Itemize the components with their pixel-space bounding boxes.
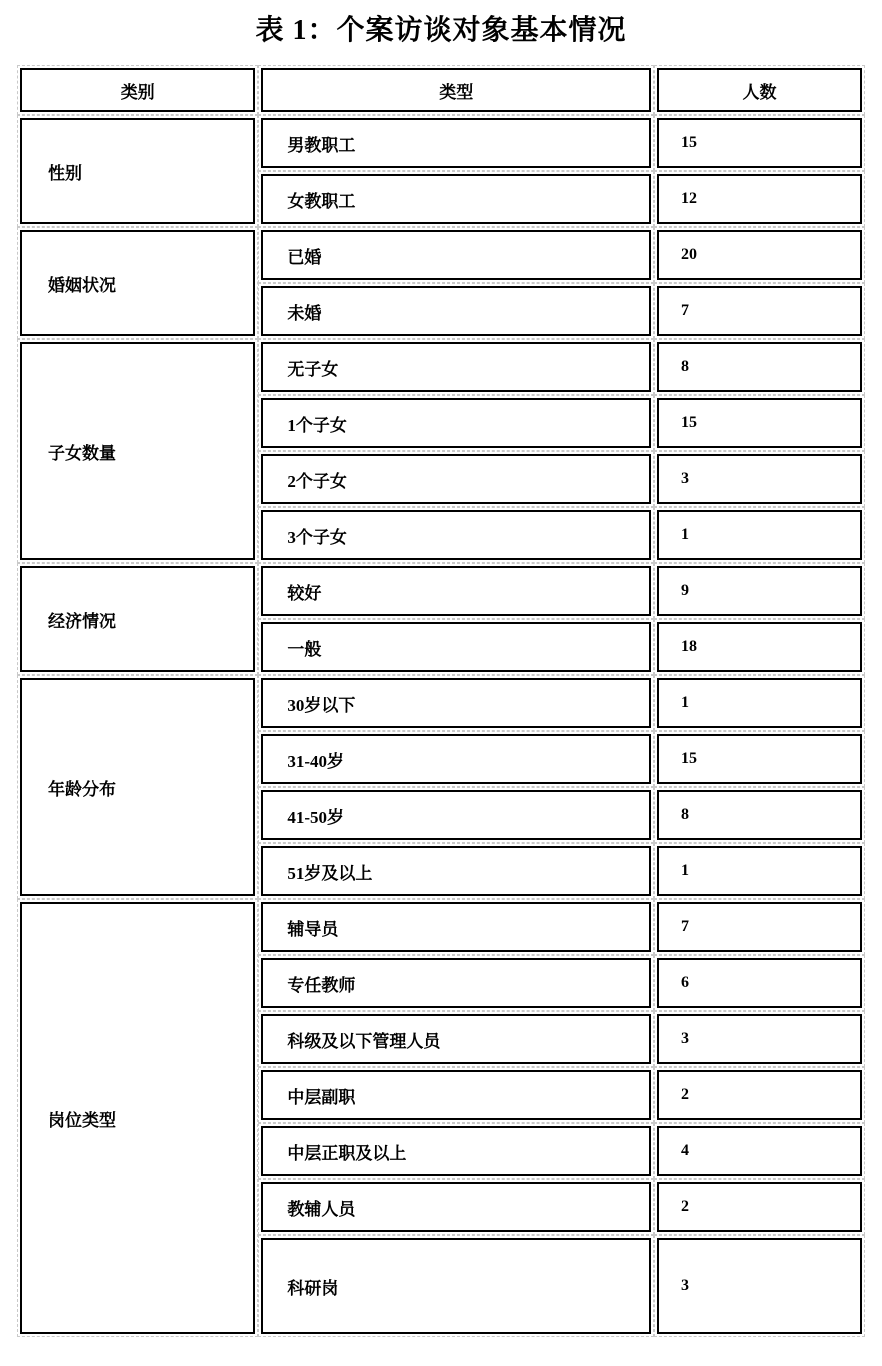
category-cell: 性别 — [20, 118, 255, 224]
type-cell: 男教职工 — [261, 118, 651, 168]
count-cell: 8 — [657, 790, 862, 840]
type-cell: 辅导员 — [261, 902, 651, 952]
table-row: 年龄分布30岁以下1 — [20, 678, 862, 728]
category-cell: 年龄分布 — [20, 678, 255, 896]
count-cell: 8 — [657, 342, 862, 392]
count-cell: 15 — [657, 118, 862, 168]
type-cell: 科级及以下管理人员 — [261, 1014, 651, 1064]
count-cell: 12 — [657, 174, 862, 224]
type-cell: 中层副职 — [261, 1070, 651, 1120]
interview-subjects-table: 类别 类型 人数 性别男教职工15女教职工12婚姻状况已婚20未婚7子女数量无子… — [14, 62, 868, 1340]
count-cell: 7 — [657, 286, 862, 336]
type-cell: 科研岗 — [261, 1238, 651, 1334]
table-row: 性别男教职工15 — [20, 118, 862, 168]
type-cell: 1个子女 — [261, 398, 651, 448]
table-row: 子女数量无子女8 — [20, 342, 862, 392]
count-cell: 1 — [657, 846, 862, 896]
count-cell: 1 — [657, 678, 862, 728]
type-cell: 2个子女 — [261, 454, 651, 504]
type-cell: 未婚 — [261, 286, 651, 336]
table-row: 婚姻状况已婚20 — [20, 230, 862, 280]
type-cell: 30岁以下 — [261, 678, 651, 728]
type-cell: 无子女 — [261, 342, 651, 392]
type-cell: 3个子女 — [261, 510, 651, 560]
type-cell: 较好 — [261, 566, 651, 616]
count-cell: 6 — [657, 958, 862, 1008]
header-type: 类型 — [261, 68, 651, 112]
header-count: 人数 — [657, 68, 862, 112]
table-row: 经济情况较好9 — [20, 566, 862, 616]
type-cell: 女教职工 — [261, 174, 651, 224]
count-cell: 7 — [657, 902, 862, 952]
count-cell: 3 — [657, 1238, 862, 1334]
table-body: 性别男教职工15女教职工12婚姻状况已婚20未婚7子女数量无子女81个子女152… — [20, 118, 862, 1334]
count-cell: 3 — [657, 454, 862, 504]
category-cell: 岗位类型 — [20, 902, 255, 1334]
count-cell: 9 — [657, 566, 862, 616]
type-cell: 一般 — [261, 622, 651, 672]
type-cell: 教辅人员 — [261, 1182, 651, 1232]
category-cell: 子女数量 — [20, 342, 255, 560]
type-cell: 41-50岁 — [261, 790, 651, 840]
document-page: 表 1：个案访谈对象基本情况 类别 类型 人数 性别男教职工15女教职工12婚姻… — [0, 0, 882, 1366]
count-cell: 4 — [657, 1126, 862, 1176]
type-cell: 51岁及以上 — [261, 846, 651, 896]
table-row: 岗位类型辅导员7 — [20, 902, 862, 952]
count-cell: 15 — [657, 734, 862, 784]
header-row: 类别 类型 人数 — [20, 68, 862, 112]
type-cell: 专任教师 — [261, 958, 651, 1008]
category-cell: 经济情况 — [20, 566, 255, 672]
count-cell: 15 — [657, 398, 862, 448]
type-cell: 已婚 — [261, 230, 651, 280]
type-cell: 中层正职及以上 — [261, 1126, 651, 1176]
count-cell: 18 — [657, 622, 862, 672]
category-cell: 婚姻状况 — [20, 230, 255, 336]
count-cell: 3 — [657, 1014, 862, 1064]
header-category: 类别 — [20, 68, 255, 112]
count-cell: 1 — [657, 510, 862, 560]
count-cell: 2 — [657, 1070, 862, 1120]
type-cell: 31-40岁 — [261, 734, 651, 784]
table-title: 表 1：个案访谈对象基本情况 — [14, 8, 868, 48]
count-cell: 2 — [657, 1182, 862, 1232]
count-cell: 20 — [657, 230, 862, 280]
